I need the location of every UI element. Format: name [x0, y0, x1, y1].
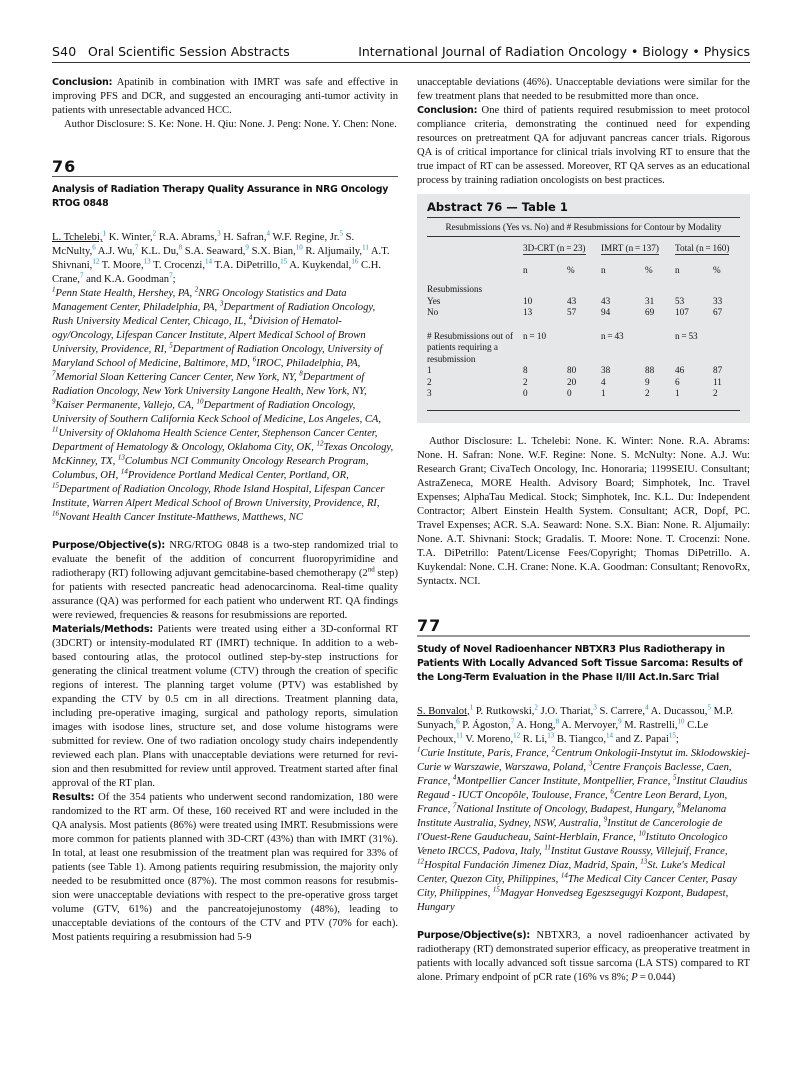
affiliation: IROC, Philadel­phia, PA, — [256, 358, 360, 369]
resubmission-table: 3D-CRT (n = 23) IMRT (n = 137) Total (n … — [427, 237, 740, 400]
table-caption: Resubmissions (Yes vs. No) and # Resubmi… — [427, 218, 740, 237]
author-name: P. Rutkowski, — [473, 706, 534, 717]
author-name: H. Safran, — [221, 232, 267, 243]
author-name: R. Li, — [520, 734, 547, 745]
abstract-number-77: 77 — [417, 619, 750, 637]
results-76: Results: Of the 354 patients who underwe… — [52, 791, 398, 945]
author-name: S. Bonvalot, — [417, 706, 470, 717]
affiliation-ref: 15 — [669, 731, 676, 739]
affiliation: Institut Gustave Roussy, Villejuif, Fran… — [551, 846, 728, 857]
affiliation: Montpellier Cancer Institute, Montpellie… — [456, 776, 673, 787]
author-name: R.A. Abrams, — [156, 232, 217, 243]
table-row: No1357946910767 — [427, 307, 740, 319]
table-section-label: # Resubmissions out of patients requirin… — [427, 331, 740, 366]
table-title: Abstract 76 — Table 1 — [427, 200, 740, 218]
author-name: T. Crocenzi, — [151, 260, 205, 271]
abstract-title-76: Analysis of Radiation Therapy Quality As… — [52, 183, 398, 211]
author-name: B. Tiangco, — [554, 734, 606, 745]
table-row: 222049611 — [427, 377, 740, 389]
affiliation-ref: 10 — [296, 243, 303, 251]
purpose-77: Purpose/Objective(s): NBTXR3, a novel ra… — [417, 929, 750, 985]
abstract-number-76: 76 — [52, 160, 398, 177]
author-name: J.O. Thariat, — [538, 706, 593, 717]
author-list-77: S. Bonvalot,1 P. Rutkowski,2 J.O. Tharia… — [417, 705, 750, 747]
right-column: unacceptable deviations (46%). Unaccepta… — [417, 76, 750, 985]
abstract-title-77: Study of Novel Radioenhancer NBTXR3 Plus… — [417, 643, 750, 685]
affiliation-ref: 14 — [205, 257, 212, 265]
affiliation-ref: 14 — [606, 731, 613, 739]
purpose-76: Purpose/Objective(s): NRG/RTOG 0848 is a… — [52, 539, 398, 623]
affiliation: Kaiser Permanente, Vallejo, CA, — [56, 400, 197, 411]
author-name: and Z. Papai — [613, 734, 669, 745]
author-name: S.X. Bian, — [249, 246, 296, 257]
author-name: R. Aljumaily, — [303, 246, 362, 257]
affiliation: Penn State Health, Hershey, PA, — [56, 288, 195, 299]
page-number: S40 — [52, 44, 76, 59]
table-subheader: n % n % n % — [427, 259, 740, 285]
section-title: Oral Scientific Session Abstracts — [88, 44, 290, 59]
author-name: A. Kuykendal, — [287, 260, 351, 271]
author-name: A. Ducassou, — [649, 706, 708, 717]
author-name: S.A. Seaward, — [182, 246, 245, 257]
affiliation-ref: 13 — [144, 257, 151, 265]
table-76-1: Abstract 76 — Table 1 Resubmissions (Yes… — [417, 194, 750, 423]
conclusion-76: Conclusion: One third of patients requir… — [417, 104, 750, 188]
left-column: Conclusion: Apatinib in combination with… — [52, 76, 398, 945]
author-name: W.F. Regine, Jr. — [270, 232, 340, 243]
table-group-header: 3D-CRT (n = 23) IMRT (n = 137) Total (n … — [427, 237, 740, 259]
author-name: M. Rastrelli, — [622, 720, 678, 731]
author-name: T. Moore, — [99, 260, 143, 271]
table-section-label: Resubmissions — [427, 284, 740, 296]
author-name: A. Mervoyer, — [559, 720, 618, 731]
author-name: T.A. DiPetrillo, — [212, 260, 280, 271]
affiliation: Provi­dence Portland Medical Center, Por… — [128, 470, 349, 481]
affiliations-76: 1Penn State Health, Hershey, PA, 2NRG On… — [52, 287, 398, 525]
affiliation-ref: 7 — [169, 271, 173, 279]
affiliation-ref: 10 — [678, 717, 685, 725]
author-list-76: L. Tchelebi,1 K. Winter,2 R.A. Abrams,3 … — [52, 231, 398, 287]
table-row: 188038884687 — [427, 365, 740, 377]
prev-conclusion: Conclusion: Apatinib in combination with… — [52, 76, 398, 118]
author-name: K. Winter, — [106, 232, 153, 243]
author-name: K.L. Du, — [138, 246, 178, 257]
affiliation: Department of Radiation Oncology, Rhode … — [52, 484, 384, 509]
author-name: V. Moreno, — [463, 734, 513, 745]
table-row: 3001212 — [427, 388, 740, 400]
affiliation: Hospital Fundación Jimenez Diaz, Madrid,… — [424, 860, 640, 871]
journal-title: International Journal of Radiation Oncol… — [358, 44, 750, 59]
affiliation: Novant Health Cancer Institute-Matthews,… — [59, 512, 303, 523]
affiliation: National Institute of Oncology, Budapest… — [456, 804, 677, 815]
affiliations-77: 1Curie Institute, Paris, France, 2Centru… — [417, 747, 750, 915]
author-name: A.J. Wu, — [96, 246, 135, 257]
affiliation: Curie Institute, Paris, France, — [421, 748, 552, 759]
author-name: and K.A. Goodman — [83, 274, 169, 285]
disclosure-76: Author Disclosure: L. Tchelebi: None. K.… — [417, 435, 750, 589]
prev-disclosure: Author Disclosure: S. Ke: None. H. Qiu: … — [52, 118, 398, 132]
running-header: S40 Oral Scientific Session Abstracts In… — [52, 42, 750, 63]
table-row: Yes104343315333 — [427, 296, 740, 308]
affiliation-ref: 11 — [362, 243, 369, 251]
author-name: S. Carrere, — [597, 706, 645, 717]
conclusion-label: Conclusion: — [52, 77, 112, 88]
affiliation: Memorial Sloan Kettering Cancer Center, … — [56, 372, 300, 383]
results-76-continued: unacceptable deviations (46%). Unaccepta… — [417, 76, 750, 104]
methods-76: Materials/Methods: Patients were treated… — [52, 623, 398, 791]
author-name: A. Hong, — [514, 720, 555, 731]
author-name: P. Ágoston, — [460, 720, 511, 731]
affiliation-ref: 11 — [456, 731, 463, 739]
author-name: L. Tchelebi, — [52, 232, 103, 243]
